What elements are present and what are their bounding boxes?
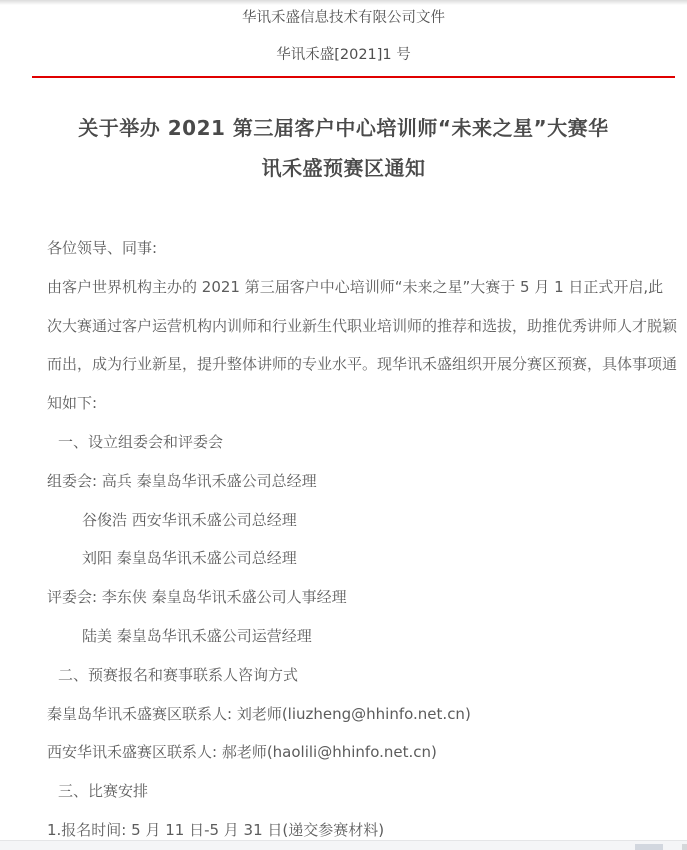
doc-number: 华讯禾盛[2021]1 号 xyxy=(0,45,687,65)
jury-member-line: 陆美 秦皇岛华讯禾盛公司运营经理 xyxy=(47,617,662,656)
section-heading-2: 二、预赛报名和赛事联系人咨询方式 xyxy=(47,656,662,695)
body-line: 而出，成为行业新星，提升整体讲师的专业水平。现华讯禾盛组织开展分赛区预赛，具体事… xyxy=(47,345,662,384)
doc-title-line-2: 讯禾盛预赛区通知 xyxy=(40,148,647,188)
top-shadow xyxy=(0,0,687,5)
document-viewer: { "doc": { "header": { "org_line": "华讯禾盛… xyxy=(0,0,687,850)
horizontal-scrollbar-thumb[interactable] xyxy=(635,844,663,850)
doc-org-title: 华讯禾盛信息技术有限公司文件 xyxy=(0,8,687,28)
red-divider xyxy=(32,76,675,78)
section-heading-1: 一、设立组委会和评委会 xyxy=(47,423,662,462)
doc-title-line-1: 关于举办 2021 第三届客户中心培训师“未来之星”大赛华 xyxy=(40,108,647,148)
doc-title: 关于举办 2021 第三届客户中心培训师“未来之星”大赛华 讯禾盛预赛区通知 xyxy=(40,108,647,188)
scrollbar-corner xyxy=(682,844,687,850)
section-heading-3: 三、比赛安排 xyxy=(47,772,662,811)
body-line: 知如下: xyxy=(47,384,662,423)
jury-line: 评委会: 李东侠 秦皇岛华讯禾盛公司人事经理 xyxy=(47,578,662,617)
doc-body: 各位领导、同事: 由客户世界机构主办的 2021 第三届客户中心培训师“未来之星… xyxy=(47,229,662,850)
salutation-line: 各位领导、同事: xyxy=(47,229,662,268)
body-line: 次大赛通过客户运营机构内训师和行业新生代职业培训师的推荐和选拔，助推优秀讲师人才… xyxy=(47,307,662,346)
contact-line-xian: 西安华讯禾盛赛区联系人: 郝老师(haolili@hhinfo.net.cn) xyxy=(47,733,662,772)
contact-line-qinhuangdao: 秦皇岛华讯禾盛赛区联系人: 刘老师(liuzheng@hhinfo.net.cn… xyxy=(47,695,662,734)
body-line: 由客户世界机构主办的 2021 第三届客户中心培训师“未来之星”大赛于 5 月 … xyxy=(47,268,662,307)
horizontal-scrollbar-track[interactable] xyxy=(0,840,687,850)
committee-member-line: 刘阳 秦皇岛华讯禾盛公司总经理 xyxy=(47,539,662,578)
committee-line: 组委会: 高兵 秦皇岛华讯禾盛公司总经理 xyxy=(47,462,662,501)
committee-member-line: 谷俊浩 西安华讯禾盛公司总经理 xyxy=(47,501,662,540)
